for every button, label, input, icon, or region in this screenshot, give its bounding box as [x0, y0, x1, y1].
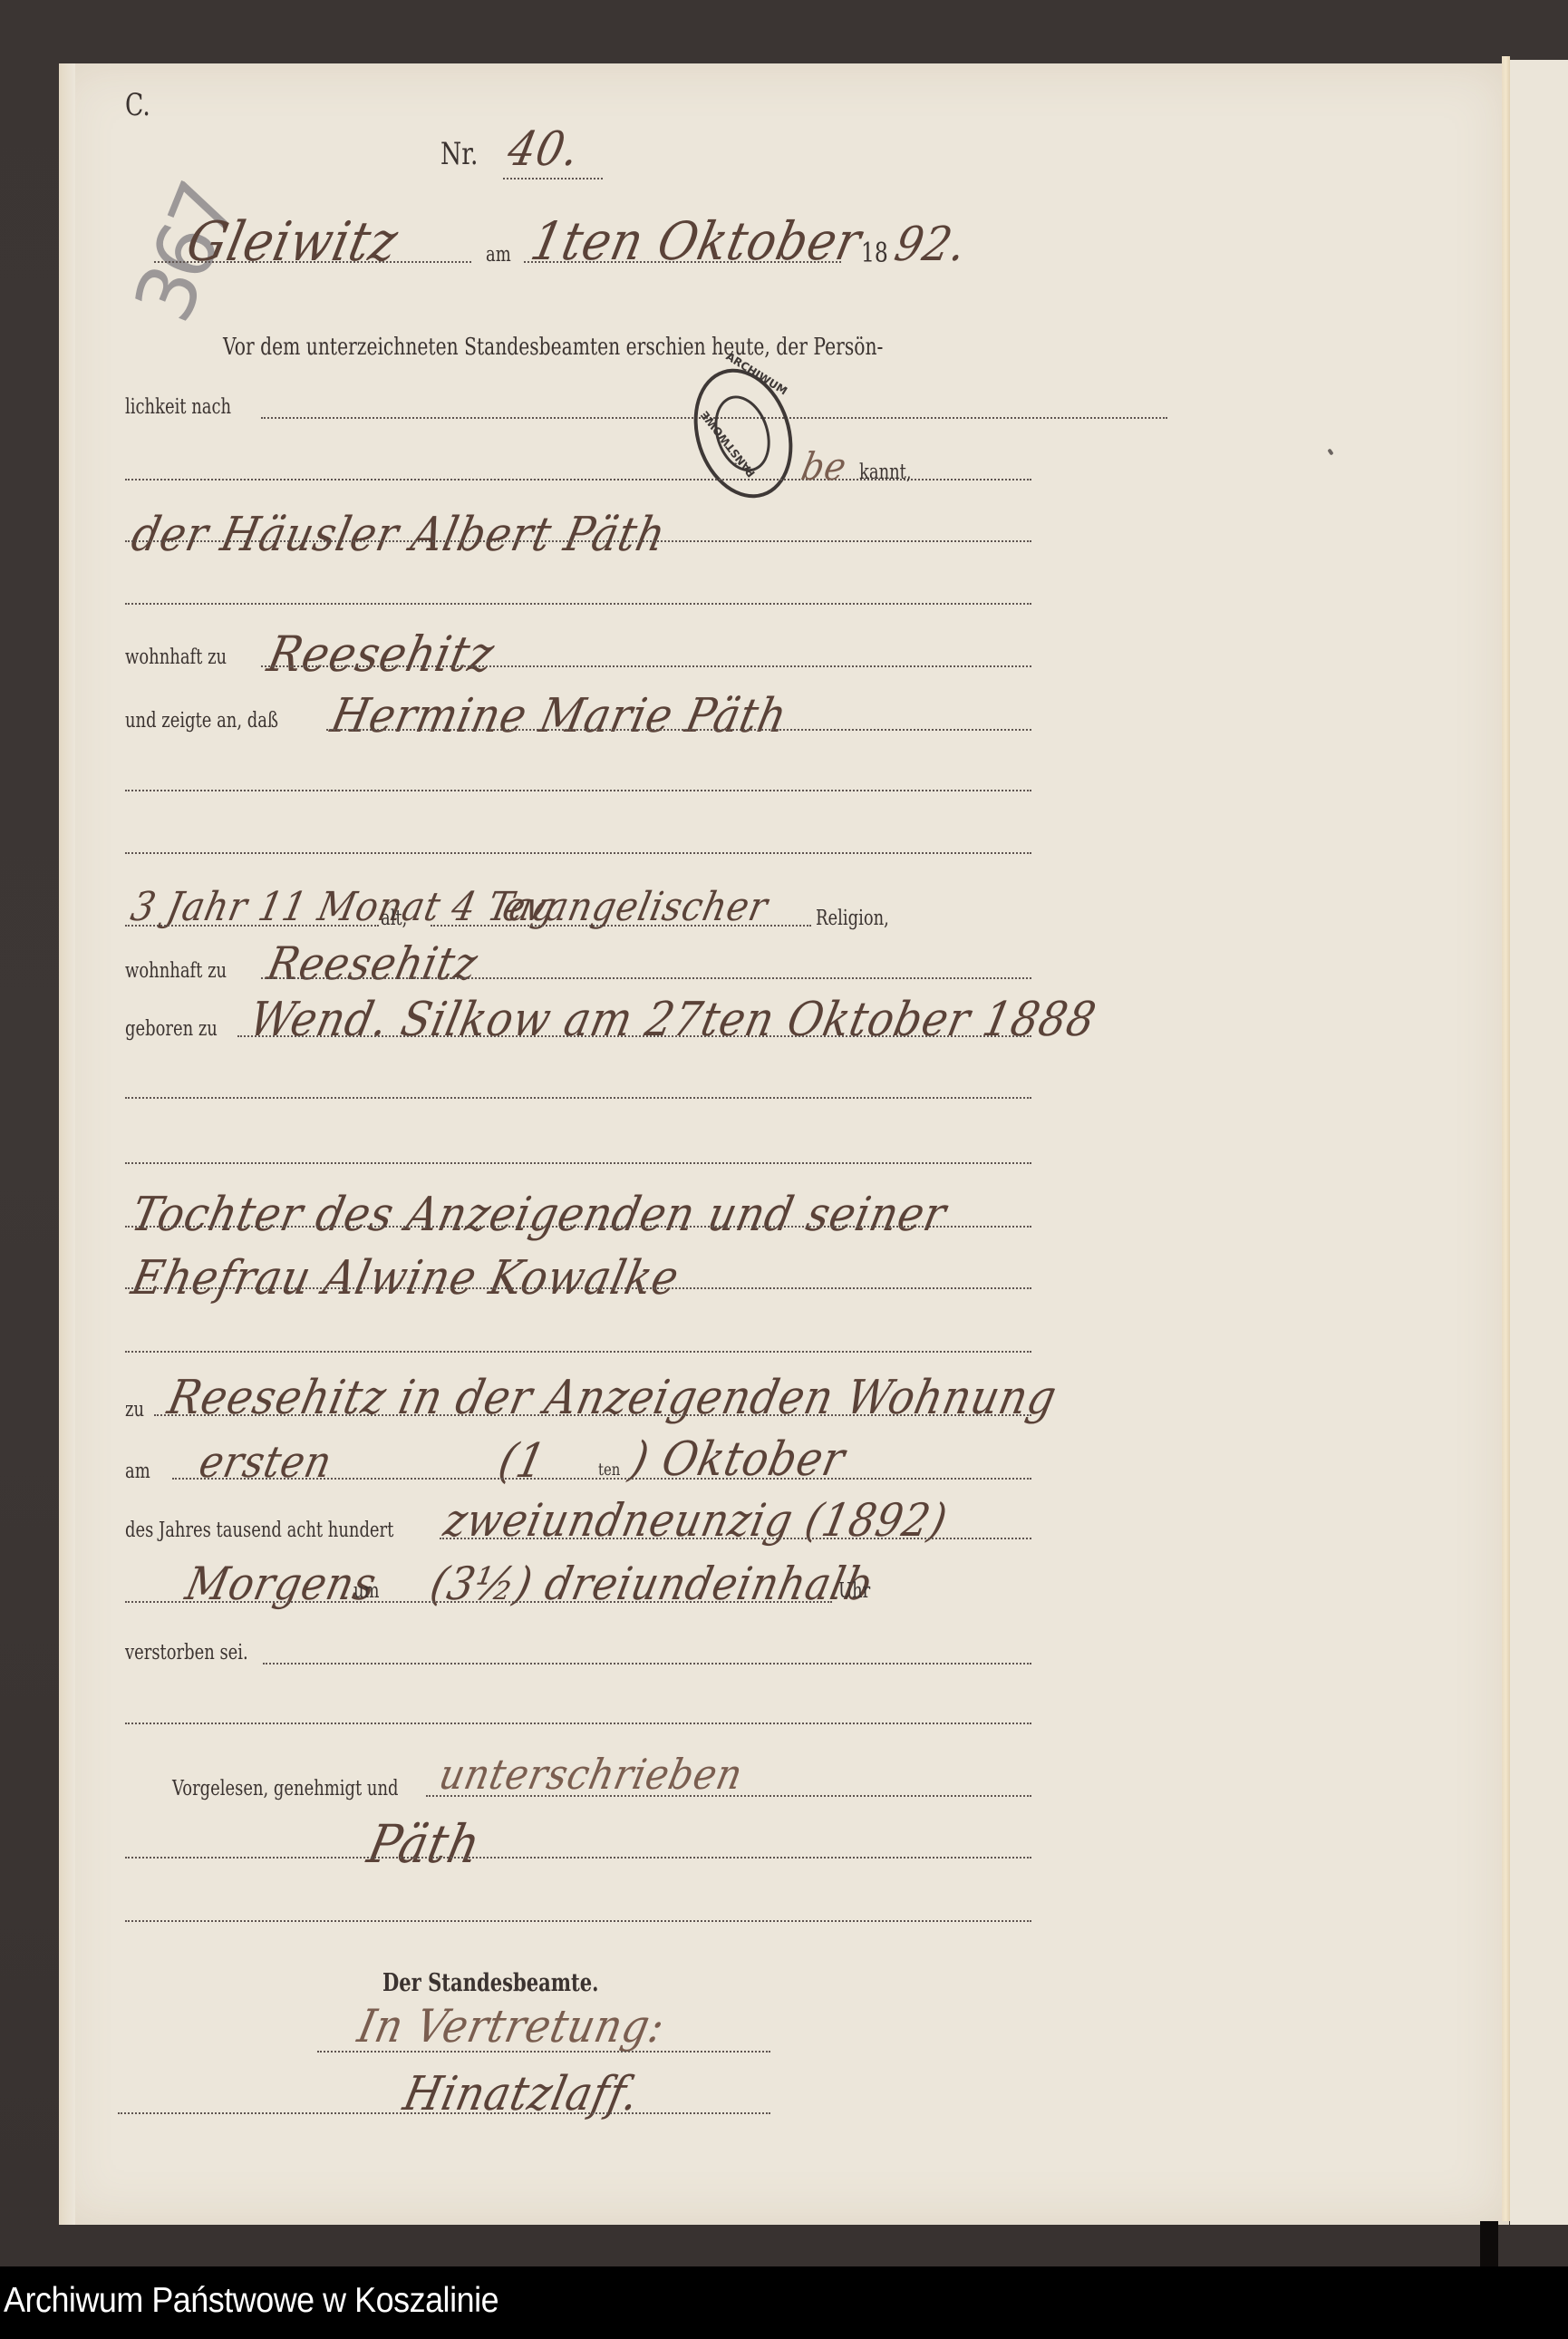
entry-number-label: Nr. — [440, 136, 478, 172]
approval-handwritten: unterschrieben — [435, 1750, 748, 1799]
age-label: alt, — [381, 907, 407, 930]
religion-label: Religion, — [816, 907, 889, 930]
entry-number: 40. — [503, 122, 585, 177]
deceased-name-line — [326, 729, 1031, 731]
identity-suffix-printed: kannt, — [859, 461, 912, 484]
residence-label: wohnhaft zu — [125, 645, 227, 669]
death-year-line — [440, 1538, 1031, 1539]
reported-label: und zeigte an, daß — [125, 709, 278, 733]
blank-line-1 — [125, 790, 1031, 791]
official-line-1 — [317, 2051, 770, 2053]
approval-label: Vorgelesen, genehmigt und — [172, 1777, 398, 1800]
death-place-line — [154, 1414, 1031, 1416]
signature-line — [125, 1857, 1031, 1859]
death-time-line — [125, 1601, 832, 1603]
next-page-edge — [1510, 60, 1568, 2225]
place-line — [154, 261, 471, 263]
deceased-clause-line — [263, 1663, 1031, 1664]
death-place-label: zu — [125, 1398, 144, 1422]
blank-line-7 — [125, 1920, 1031, 1922]
deceased-residence-line — [261, 977, 1031, 979]
page-edge — [59, 63, 75, 2225]
official-title: Der Standesbeamte. — [382, 1969, 598, 1997]
approval-line — [426, 1795, 1031, 1797]
year-suffix: 92. — [890, 218, 972, 272]
death-date-label: am — [125, 1460, 150, 1483]
informant: der Häusler Albert Päth — [127, 508, 671, 562]
informant-line-2 — [125, 603, 1031, 605]
deceased-residence: Reesehitz — [263, 937, 482, 990]
parents-line-1: Tochter des Anzeigenden und seiner — [127, 1188, 952, 1242]
blank-line-4 — [125, 1162, 1031, 1164]
deceased-clause: verstorben sei. — [125, 1641, 248, 1664]
identity-label: lichkeit nach — [125, 395, 231, 419]
binding — [1480, 2221, 1498, 2266]
blank-line-5 — [125, 1351, 1031, 1353]
date-label: am — [486, 243, 511, 267]
archive-name: Archiwum Państwowe w Koszalinie — [4, 2281, 498, 2321]
parents-line-2-rule — [125, 1287, 1031, 1289]
age-line — [125, 925, 379, 927]
official-line-2 — [118, 2112, 770, 2114]
informant-signature: Päth — [363, 1813, 487, 1875]
form-letter: C. — [125, 87, 150, 123]
residence-line — [261, 665, 1031, 667]
birth-place-date: Wend. Silkow am 27ten Oktober 1888 — [245, 993, 1101, 1047]
death-year-label: des Jahres tausend acht hundert — [125, 1519, 393, 1542]
parents-line-1-rule — [125, 1226, 1031, 1228]
religion-handwritten: evangelischer — [498, 884, 772, 930]
birth-line — [237, 1035, 1031, 1037]
entry-number-line — [503, 178, 603, 180]
place: Gleiwitz — [181, 210, 403, 274]
death-date-line — [172, 1478, 1031, 1480]
death-place: Reesehitz in der Anzeigenden Wohnung — [163, 1371, 1061, 1425]
date-line — [524, 261, 841, 263]
deceased-residence-label: wohnhaft zu — [125, 959, 227, 983]
blank-line-3 — [125, 1097, 1031, 1099]
informant-line — [125, 540, 1031, 542]
informant-residence: Reesehitz — [263, 626, 499, 683]
age-handwritten: 3 Jahr 11 Monat 4 Tag — [127, 884, 561, 930]
deceased-name: Hermine Marie Päth — [326, 689, 792, 743]
born-label: geboren zu — [125, 1017, 218, 1041]
death-time-label-uhr: Uhr — [838, 1579, 870, 1603]
page-fold — [1502, 56, 1510, 2221]
death-day-suffix: ten — [598, 1460, 620, 1480]
official-signature-line-1: In Vertretung: — [353, 2000, 670, 2053]
blank-line-6 — [125, 1723, 1031, 1724]
death-day-words: ersten — [195, 1437, 336, 1488]
year-prefix: 18 — [861, 238, 888, 269]
blank-line-2 — [125, 852, 1031, 854]
parents-line-2: Ehefrau Alwine Kowalke — [127, 1251, 684, 1305]
death-time-label-um: um — [353, 1579, 380, 1603]
intro-text: Vor dem unterzeichneten Standesbeamten e… — [223, 334, 883, 361]
religion-line — [431, 925, 811, 927]
